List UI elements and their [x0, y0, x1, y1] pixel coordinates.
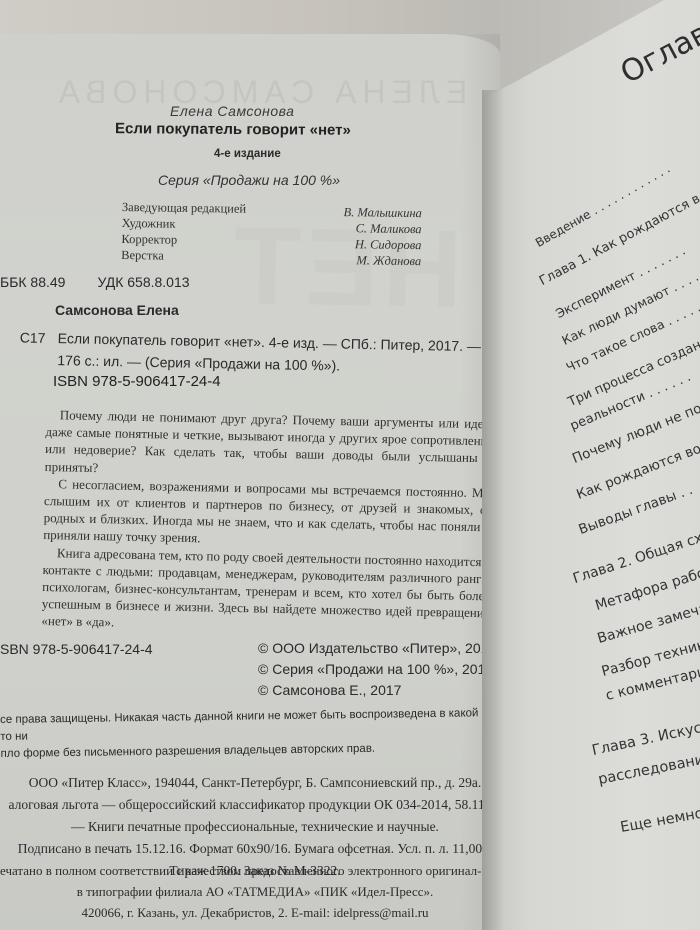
credit-role: Художник — [122, 216, 176, 232]
annotation-paragraph: С несогласием, возражениями и вопросами … — [43, 475, 492, 553]
credit-role: Корректор — [121, 232, 177, 248]
imprint-line: ООО «Питер Класс», 194044, Санкт-Петербу… — [0, 772, 510, 794]
printer-info: ечатано в полном соответствии с качество… — [0, 860, 510, 923]
book-spine-shadow — [482, 90, 504, 930]
book-annotation: Почему люди не понимают друг друга? Поче… — [41, 406, 494, 639]
isbn: ISBN 978-5-906417-24-4 — [53, 373, 221, 390]
catalog-author: Самсонова Елена — [55, 302, 179, 318]
imprint-line: алоговая льгота — общероссийский классиф… — [0, 794, 510, 816]
copyright-line: © Серия «Продажи на 100 %», 2017 — [258, 659, 496, 680]
catalog-code: С17 — [20, 326, 58, 349]
printer-line: 420066, г. Казань, ул. Декабристов, 2. E… — [0, 902, 510, 923]
book-series: Серия «Продажи на 100 %» — [158, 172, 340, 188]
udk-code: УДК 658.8.013 — [97, 274, 189, 290]
book-edition: 4-е издание — [214, 148, 281, 160]
printer-line: ечатано в полном соответствии с качество… — [0, 860, 510, 881]
rights-notice: се права защищены. Никакая часть данной … — [0, 705, 501, 763]
credit-role: Заведующая редакцией — [122, 200, 246, 217]
imprint-line: Подписано в печать 15.12.16. Формат 60х9… — [0, 838, 510, 860]
copyright-line: © ООО Издательство «Питер», 2017 — [258, 638, 496, 659]
editorial-credits: Заведующая редакцией В. Малышкина Художн… — [121, 200, 422, 268]
book-author: Елена Самсонова — [170, 103, 294, 119]
annotation-paragraph: Почему люди не понимают друг друга? Поче… — [45, 406, 494, 484]
printer-line: в типографии филиала АО «ТАТМЕДИА» «ПИК … — [0, 881, 510, 902]
copyright-notices: © ООО Издательство «Питер», 2017 © Серия… — [258, 638, 496, 701]
copyright-line: © Самсонова Е., 2017 — [258, 680, 496, 701]
credit-name: М. Жданова — [356, 253, 421, 269]
bbk-code: ББК 88.49 — [0, 274, 65, 290]
book-title: Если покупатель говорит «нет» — [115, 120, 351, 139]
isbn-bottom: SBN 978-5-906417-24-4 — [0, 641, 153, 657]
annotation-paragraph: Книга адресована тем, кто по роду своей … — [41, 544, 491, 639]
imprint-line: — Книги печатные профессиональные, техни… — [0, 816, 510, 838]
classification-codes: ББК 88.49УДК 658.8.013 — [0, 274, 222, 290]
right-page — [482, 0, 700, 930]
credit-role: Верстка — [121, 248, 164, 264]
